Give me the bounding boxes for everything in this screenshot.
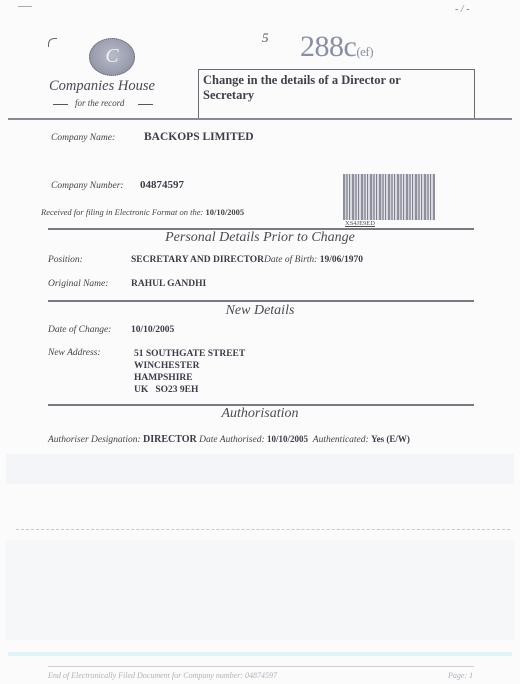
section-heading-prior: Personal Details Prior to Change — [0, 230, 520, 246]
original-name: RAHUL GANDHI — [131, 279, 206, 289]
barcode-text: XS4JE9ED — [345, 220, 375, 227]
footer-text: End of Electronically Filed Document for… — [48, 671, 277, 680]
authorisation-row: Authoriser Designation: DIRECTOR Date Au… — [48, 434, 410, 445]
date-authorised-label: Date Authorised: — [199, 435, 265, 445]
logo-tagline: for the record — [75, 98, 124, 108]
corner-mark: - / - — [455, 4, 469, 15]
date-of-change-label: Date of Change: — [48, 325, 111, 335]
authenticated-value: Yes (E/W) — [371, 434, 410, 444]
authenticated-label: Authenticated: — [313, 435, 369, 445]
designation-value: DIRECTOR — [143, 434, 197, 445]
scan-arc — [48, 38, 57, 47]
dob-label: Date of Birth: — [264, 255, 317, 265]
designation-label: Authoriser Designation: — [48, 435, 141, 445]
section-heading-new: New Details — [0, 303, 520, 319]
header-divider — [8, 118, 512, 120]
address-line: HAMPSHIRE — [134, 372, 245, 384]
original-name-label: Original Name: — [48, 279, 108, 289]
received-label: Received for filing in Electronic Format… — [41, 207, 244, 217]
logo-name: Companies House — [49, 78, 155, 95]
barcode-icon — [343, 174, 435, 220]
address-line: 51 SOUTHGATE STREET — [134, 348, 245, 360]
logo-tagline-rule-left — [53, 104, 68, 105]
new-address: 51 SOUTHGATE STREET WINCHESTER HAMPSHIRE… — [134, 348, 245, 396]
company-number-label: Company Number: — [51, 181, 124, 191]
form-title-line1: Change in the details of a Director or — [203, 73, 401, 87]
position-label: Position: — [48, 255, 83, 265]
company-name-label: Company Name: — [51, 133, 115, 143]
scan-mark — [18, 6, 32, 7]
date-authorised-value: 10/10/2005 — [267, 434, 308, 444]
company-number: 04874597 — [140, 179, 184, 191]
received-date: 10/10/2005 — [205, 207, 244, 217]
companies-house-logo-icon: C — [89, 38, 135, 76]
handwritten-mark: 5 — [262, 30, 269, 46]
scan-dashed-line — [16, 529, 510, 530]
address-line: UK SO23 9EH — [134, 384, 245, 396]
date-of-change: 10/10/2005 — [131, 325, 174, 335]
section-divider — [48, 300, 474, 302]
new-address-label: New Address: — [48, 348, 101, 358]
dob-value: 19/06/1970 — [320, 255, 363, 265]
footer-rule — [48, 666, 474, 667]
form-title-line2: Secretary — [203, 88, 254, 102]
scan-cyan-band — [8, 652, 512, 656]
scan-band — [6, 454, 514, 484]
position-value: SECRETARY AND DIRECTORDate of Birth: 19/… — [131, 255, 363, 265]
section-heading-authorisation: Authorisation — [0, 406, 520, 422]
scan-band — [6, 540, 514, 640]
address-line: WINCHESTER — [134, 360, 245, 372]
form-number: 288c(ef) — [300, 30, 373, 64]
company-name: BACKOPS LIMITED — [144, 131, 254, 143]
logo-tagline-rule-right — [138, 104, 153, 105]
form-title-box: Change in the details of a Director orSe… — [198, 69, 475, 119]
footer-page: Page: 1 — [448, 671, 473, 680]
